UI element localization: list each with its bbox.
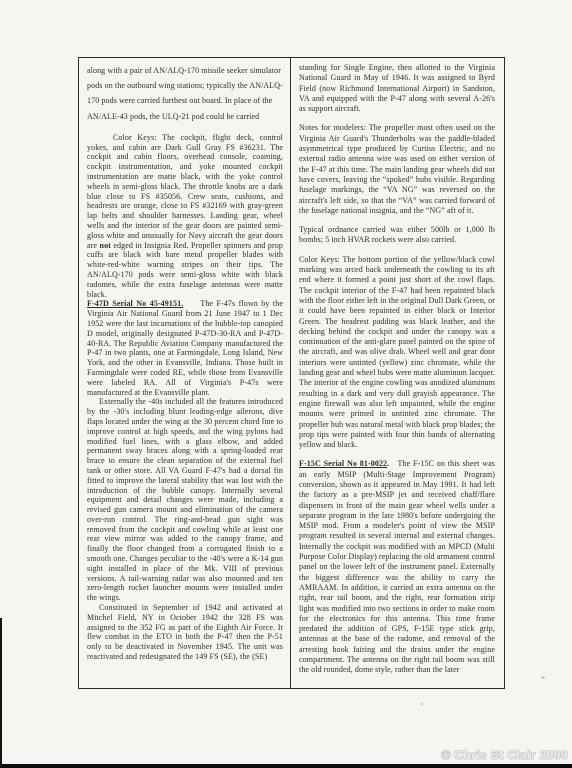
paragraph-alq170-pods: along with a pair of AN/ALQ-170 missile … <box>87 63 283 124</box>
paragraph-color-keys-cowl: Color Keys: The bottom portion of the ye… <box>299 255 495 451</box>
text-segment: Externally the -40s included all the fea… <box>87 397 283 602</box>
text-segment: The F-47s flown by the Virginia Air Nati… <box>87 299 283 396</box>
paragraph-f15c-serial: F-15C Serial No 81-0022. The F-15C on th… <box>299 459 495 675</box>
text-segment: along with a pair of AN/ALQ-170 missile … <box>87 66 283 121</box>
document-text-box: along with a pair of AN/ALQ-170 missile … <box>78 57 505 689</box>
scan-speck <box>420 703 423 705</box>
scan-edge-bottom <box>0 764 572 768</box>
scanned-page: { "page": { "watermark": "© Chris St Cla… <box>0 0 572 768</box>
text-segment: not <box>100 241 111 250</box>
paragraph-ordnance: Typical ordnance carried was either 500l… <box>299 225 495 246</box>
text-segment: Color Keys: The bottom portion of the ye… <box>299 255 495 449</box>
paragraph-notes-for-modelers: Notes for modelers: The propeller most o… <box>299 123 495 216</box>
left-column: along with a pair of AN/ALQ-170 missile … <box>79 58 291 688</box>
text-segment: Notes for modelers: The propeller most o… <box>299 123 495 214</box>
section-heading-f47d: F-47D Serial No 45-49151. <box>87 299 183 308</box>
right-column: standing for Single Engine, then allotte… <box>291 58 504 688</box>
text-segment: Typical ordnance carried was either 500l… <box>299 225 495 244</box>
paragraph-color-keys-cockpit: Color Keys: The cockpit, flight deck, co… <box>87 133 283 300</box>
text-segment: standing for Single Engine, then allotte… <box>299 63 495 113</box>
text-segment: edged in Insignia Red. Propeller spinner… <box>87 241 283 299</box>
paragraph-virginia-guard: standing for Single Engine, then allotte… <box>299 63 495 114</box>
section-heading-f15c: F-15C Serial No 81-0022 <box>299 459 387 468</box>
paragraph-unit-history: Constituted in September of 1942 and act… <box>87 603 283 662</box>
copyright-watermark: © Chris St Clair 2009 <box>441 748 568 762</box>
paragraph-externally-dash40s: Externally the -40s included all the fea… <box>87 397 283 603</box>
scan-speck <box>541 676 545 679</box>
text-segment: The F-15C on this sheet was an early MSI… <box>299 459 495 674</box>
scan-edge-left <box>0 618 2 768</box>
text-segment: Constituted in September of 1942 and act… <box>87 603 283 661</box>
paragraph-f47d-serial: F-47D Serial No 45-49151. The F-47s flow… <box>87 299 283 397</box>
text-segment: Color Keys: The cockpit, flight deck, co… <box>87 133 283 250</box>
